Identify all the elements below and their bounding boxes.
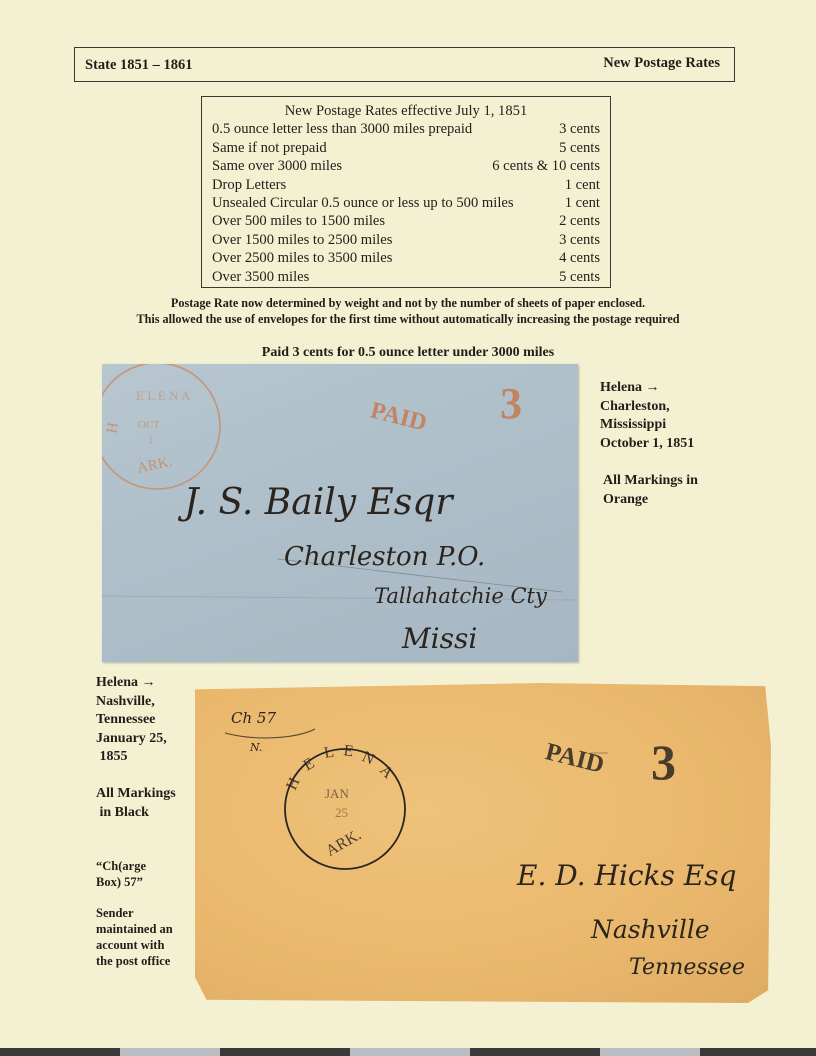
cover-image-helena-charleston: H E L E N A OCT 1 ARK. PAID 3 J. S. Bail… bbox=[102, 364, 578, 662]
rate-description: Drop Letters bbox=[212, 176, 286, 194]
cover-2-markings-note: All Markings in Black bbox=[96, 785, 176, 822]
rate-amount: 4 cents bbox=[559, 249, 600, 267]
rate-description: Over 2500 miles to 3500 miles bbox=[212, 249, 392, 267]
address-line-2: Charleston P.O. bbox=[284, 542, 485, 572]
caption-line: maintained an bbox=[96, 921, 173, 937]
svg-text:ARK.: ARK. bbox=[136, 454, 174, 477]
address-line-3: Tallahatchie Cty bbox=[374, 584, 547, 608]
cover-1-route-caption: Helena → Charleston, Mississippi October… bbox=[600, 379, 694, 453]
caption-line: All Markings in bbox=[603, 472, 698, 491]
rates-table-rows: 0.5 ounce letter less than 3000 miles pr… bbox=[212, 120, 600, 286]
rate-description: Over 3500 miles bbox=[212, 268, 309, 286]
svg-text:OCT: OCT bbox=[138, 419, 160, 431]
rates-table-title: New Postage Rates effective July 1, 1851 bbox=[212, 102, 600, 120]
caption-line: Sender bbox=[96, 905, 173, 921]
rate-description: Over 500 miles to 1500 miles bbox=[212, 212, 385, 230]
caption-line: in Black bbox=[96, 804, 176, 823]
caption-line: Orange bbox=[603, 491, 698, 510]
address-line-4: Missi bbox=[402, 622, 477, 655]
caption-line: Box) 57” bbox=[96, 874, 146, 890]
rate-row: Over 3500 miles5 cents bbox=[212, 268, 600, 286]
svg-text:E L E N A: E L E N A bbox=[136, 388, 191, 403]
rate-amount: 1 cent bbox=[565, 194, 600, 212]
caption-line: January 25, bbox=[96, 730, 167, 749]
svg-text:E: E bbox=[342, 742, 354, 760]
header-period: State 1851 – 1861 bbox=[85, 57, 193, 74]
rate-description: Same over 3000 miles bbox=[212, 157, 342, 175]
rate-description: Unsealed Circular 0.5 ounce or less up t… bbox=[212, 194, 514, 212]
rate-row: Over 500 miles to 1500 miles2 cents bbox=[212, 212, 600, 230]
page-header: State 1851 – 1861 New Postage Rates bbox=[74, 47, 735, 82]
rate-row: Drop Letters1 cent bbox=[212, 176, 600, 194]
rate-row: Unsealed Circular 0.5 ounce or less up t… bbox=[212, 194, 600, 212]
caption-line: the post office bbox=[96, 953, 173, 969]
caption-line: Helena → bbox=[96, 674, 167, 693]
note-line-1: Postage Rate now determined by weight an… bbox=[0, 295, 816, 311]
svg-text:1: 1 bbox=[148, 435, 154, 447]
address-line-1: J. S. Baily Esqr bbox=[184, 482, 453, 523]
svg-text:A: A bbox=[376, 762, 397, 783]
svg-text:L: L bbox=[323, 743, 336, 761]
rate-row: 0.5 ounce letter less than 3000 miles pr… bbox=[212, 120, 600, 138]
caption-line: Charleston, bbox=[600, 398, 694, 417]
cover-1-markings-note: All Markings in Orange bbox=[603, 472, 698, 509]
rate-row: Over 2500 miles to 3500 miles4 cents bbox=[212, 249, 600, 267]
postage-rates-table: New Postage Rates effective July 1, 1851… bbox=[201, 96, 611, 288]
rate-row: Same over 3000 miles6 cents & 10 cents bbox=[212, 157, 600, 175]
rate-amount: 5 cents bbox=[559, 268, 600, 286]
section-subheading: Paid 3 cents for 0.5 ounce letter under … bbox=[0, 345, 816, 361]
rate-description: Same if not prepaid bbox=[212, 139, 327, 157]
caption-line: 1855 bbox=[96, 748, 167, 767]
address-line-2: Nashville bbox=[591, 915, 710, 944]
docket-notation: Ch 57 bbox=[231, 709, 276, 727]
address-line-1: E. D. Hicks Esq bbox=[517, 859, 737, 892]
svg-text:H: H bbox=[104, 421, 122, 435]
caption-line: account with bbox=[96, 937, 173, 953]
rate-handstamp: 3 bbox=[500, 378, 522, 429]
rate-handstamp: 3 bbox=[651, 733, 676, 791]
svg-text:N.: N. bbox=[249, 741, 262, 754]
rate-description: 0.5 ounce letter less than 3000 miles pr… bbox=[212, 120, 472, 138]
scanner-edge bbox=[0, 1048, 816, 1056]
svg-text:ARK.: ARK. bbox=[323, 826, 364, 860]
note-line-2: This allowed the use of envelopes for th… bbox=[0, 311, 816, 327]
caption-line: Tennessee bbox=[96, 711, 167, 730]
rate-amount: 3 cents bbox=[559, 120, 600, 138]
charge-box-note: “Ch(arge Box) 57” bbox=[96, 858, 146, 890]
svg-text:25: 25 bbox=[335, 805, 348, 820]
rate-description: Over 1500 miles to 2500 miles bbox=[212, 231, 392, 249]
caption-line: Mississippi bbox=[600, 416, 694, 435]
rate-amount: 1 cent bbox=[565, 176, 600, 194]
rate-amount: 6 cents & 10 cents bbox=[492, 157, 600, 175]
address-line-3: Tennessee bbox=[629, 955, 745, 980]
cover-image-helena-nashville: H E L E N A JAN 25 ARK. N. Ch 57 PAID 3 … bbox=[195, 683, 771, 1003]
caption-line: October 1, 1851 bbox=[600, 435, 694, 454]
caption-line: Nashville, bbox=[96, 693, 167, 712]
rate-notes: Postage Rate now determined by weight an… bbox=[0, 295, 816, 327]
caption-line: “Ch(arge bbox=[96, 858, 146, 874]
rate-row: Same if not prepaid5 cents bbox=[212, 139, 600, 157]
svg-text:JAN: JAN bbox=[325, 786, 349, 801]
caption-line: Helena → bbox=[600, 379, 694, 398]
rate-amount: 3 cents bbox=[559, 231, 600, 249]
header-topic: New Postage Rates bbox=[603, 55, 720, 72]
rate-row: Over 1500 miles to 2500 miles3 cents bbox=[212, 231, 600, 249]
rate-amount: 2 cents bbox=[559, 212, 600, 230]
sender-account-note: Sender maintained an account with the po… bbox=[96, 905, 173, 969]
cover-2-route-caption: Helena → Nashville, Tennessee January 25… bbox=[96, 674, 167, 767]
rate-amount: 5 cents bbox=[559, 139, 600, 157]
caption-line: All Markings bbox=[96, 785, 176, 804]
